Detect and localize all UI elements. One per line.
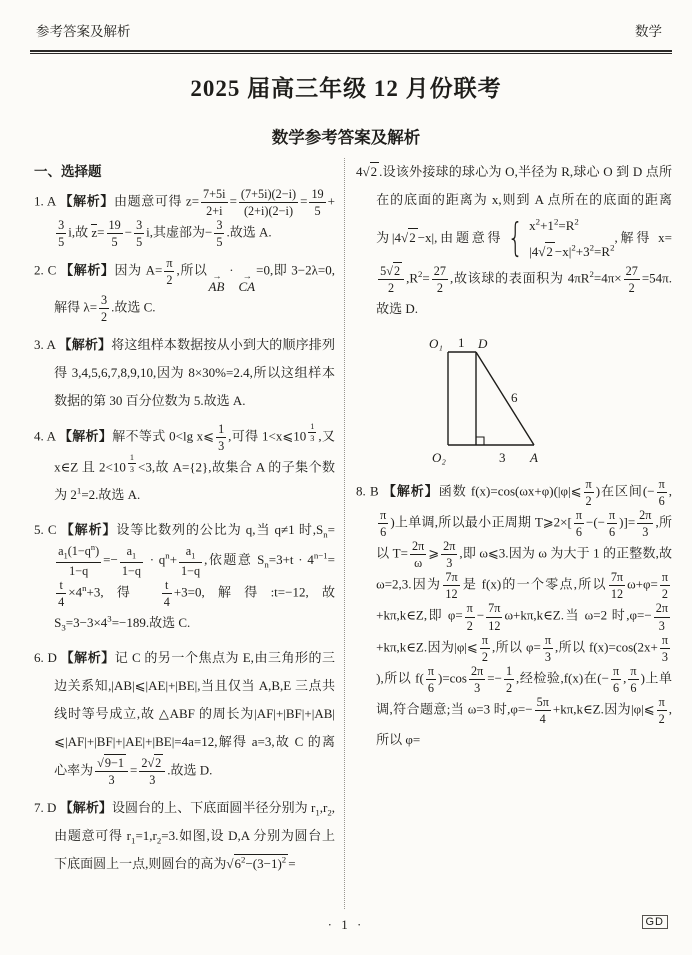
right-solutions-bottom: 8. B 【解析】函数 f(x)=cos(ωx+φ)(|φ|⩽π2)在区间(−π… — [356, 477, 672, 754]
figure-label-a: A — [529, 450, 538, 465]
right-solutions-top: 4√2.设该外接球的球心为 O,半径为 R,球心 O 到 D 点所在的底面的距离… — [356, 158, 672, 323]
solution-q7: 7. D 【解析】设圆台的上、下底面圆半径分别为 r1,r2,由题意可得 r1=… — [34, 794, 335, 878]
solution-q6: 6. D 【解析】记 C 的另一个焦点为 E,由三角形的三边关系知,|AB|⩽|… — [34, 644, 335, 787]
solution-q5: 5. C 【解析】设等比数列的公比为 q,当 q≠1 时,Sn=a1(1−qn)… — [34, 516, 335, 637]
solution-q7-continued: 4√2.设该外接球的球心为 O,半径为 R,球心 O 到 D 点所在的底面的距离… — [356, 158, 672, 323]
page-subtitle: 数学参考答案及解析 — [0, 124, 692, 148]
solution-q4: 4. A 【解析】解不等式 0<lg x⩽13,可得 1<x⩽1013,又 x∈… — [34, 422, 335, 509]
content-columns: 一、选择题 1. A 【解析】由题意可得 z=7+5i2+i=(7+5i)(2−… — [34, 158, 672, 909]
figure-frustum-cross-section: O₁ 1 D 6 O₂ 3 A — [414, 330, 672, 473]
right-column: 4√2.设该外接球的球心为 O,半径为 R,球心 O 到 D 点所在的底面的距离… — [345, 158, 672, 909]
footer-gd-badge: GD — [642, 915, 669, 929]
section-heading: 一、选择题 — [34, 160, 335, 180]
figure-label-slant: 6 — [511, 390, 518, 405]
solution-q3: 3. A 【解析】将这组样本数据按从小到大的顺序排列得 3,4,5,6,7,8,… — [34, 331, 335, 415]
header-right-label: 数学 — [635, 20, 662, 40]
footer-page-number: · 1 · — [0, 917, 692, 933]
figure-label-o2: O₂ — [432, 450, 446, 465]
document-page: 参考答案及解析 数学 2025 届高三年级 12 月份联考 数学参考答案及解析 … — [0, 0, 692, 955]
solution-q1: 1. A 【解析】由题意可得 z=7+5i2+i=(7+5i)(2−i)(2+i… — [34, 187, 335, 249]
frustum-figure-svg: O₁ 1 D 6 O₂ 3 A — [414, 330, 564, 468]
figure-label-bottom-radius: 3 — [499, 450, 506, 465]
figure-label-d: D — [477, 336, 488, 351]
figure-label-o1: O₁ — [429, 336, 443, 351]
left-column: 一、选择题 1. A 【解析】由题意可得 z=7+5i2+i=(7+5i)(2−… — [34, 158, 344, 909]
left-solutions-list: 1. A 【解析】由题意可得 z=7+5i2+i=(7+5i)(2−i)(2+i… — [34, 187, 335, 878]
header-left-label: 参考答案及解析 — [36, 20, 131, 40]
solution-q2: 2. C 【解析】因为 A=π2,所以→AB · →CA=0,即 3−2λ=0,… — [34, 256, 335, 324]
solution-q8: 8. B 【解析】函数 f(x)=cos(ωx+φ)(|φ|⩽π2)在区间(−π… — [356, 477, 672, 754]
figure-label-top-radius: 1 — [458, 335, 465, 350]
page-header: 参考答案及解析 数学 — [36, 20, 662, 40]
header-divider-rule — [30, 50, 672, 54]
page-title: 2025 届高三年级 12 月份联考 — [0, 70, 692, 103]
